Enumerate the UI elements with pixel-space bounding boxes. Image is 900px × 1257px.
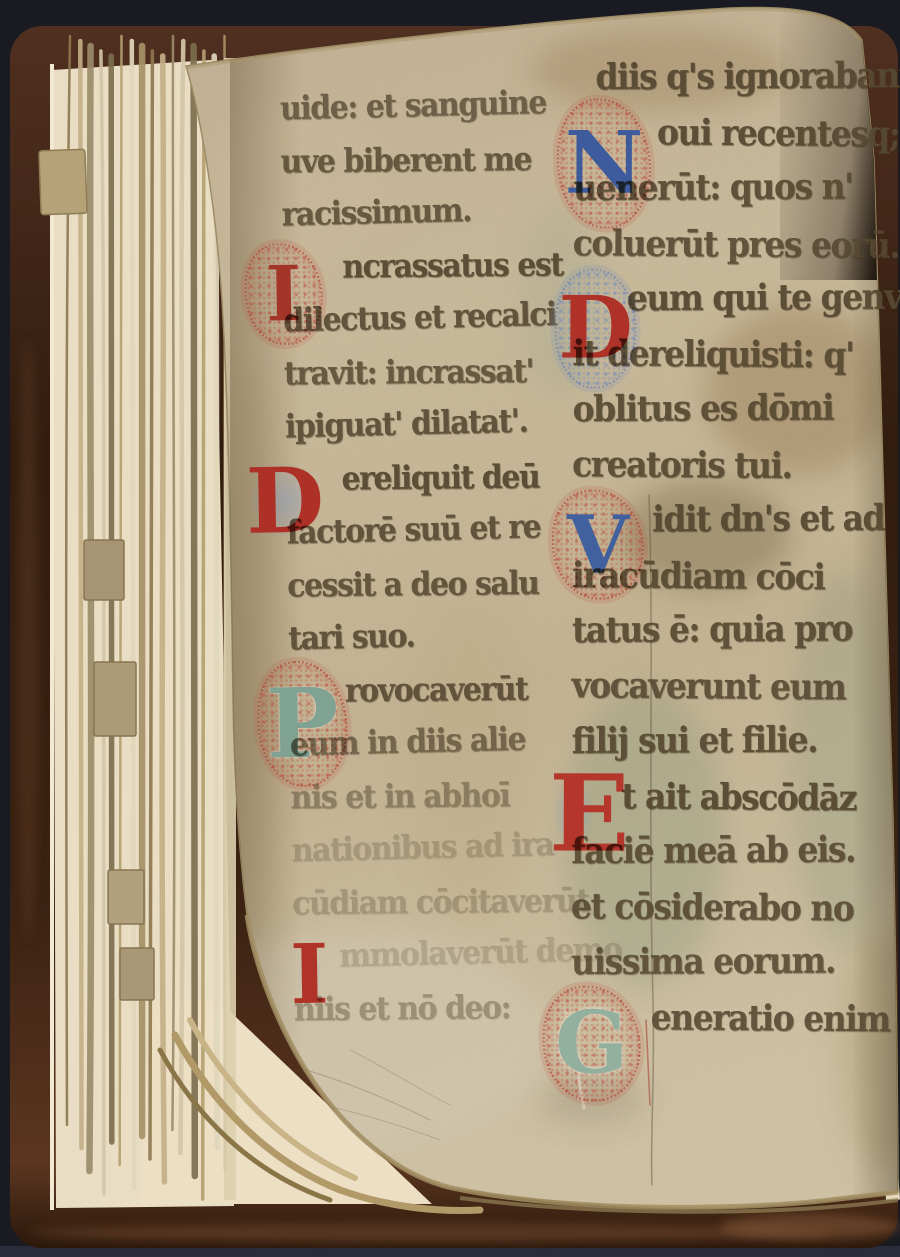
manuscript-photo: Photograph of a medieval parchment manus…	[0, 0, 900, 1257]
page-edge-strip	[89, 46, 91, 1171]
text-line: Et ait abscōdāz	[571, 774, 879, 830]
text-line: nationibus ad ira	[291, 828, 570, 885]
manuscript-text: oblitus es dōmi	[572, 386, 833, 430]
text-line: Dereliquit deū	[285, 457, 564, 514]
text-line: travit: incrassat'	[284, 351, 563, 408]
illuminated-initial: V	[552, 490, 644, 600]
page-edge-strip	[180, 41, 183, 1153]
text-line: cessit a deo salu	[287, 563, 566, 620]
manuscript-text: tatus ē: quia pro	[572, 607, 852, 651]
page-edge-strip	[162, 56, 164, 1182]
page-edge-strip	[203, 51, 204, 1199]
text-line: Vidit dn's et ad	[572, 498, 880, 554]
text-line: Provocaverūt	[289, 669, 568, 726]
manuscript-text: uve biberent me	[280, 141, 531, 181]
illuminated-initial: P	[256, 660, 348, 787]
illuminated-initial: D	[239, 451, 331, 552]
manuscript-text: ereliquit deū	[341, 458, 539, 498]
text-line: uide: et sanguine	[280, 86, 559, 143]
manuscript-text: uide: et sanguine	[280, 84, 547, 128]
page-edge-strip	[194, 46, 196, 1176]
text-line: tari suo.	[288, 616, 567, 673]
page-edge-strip	[132, 41, 134, 1188]
manuscript-text: eneratio enim p	[651, 996, 900, 1040]
text-line: Immolaverūt demo	[293, 934, 572, 991]
illuminated-initial: E	[545, 762, 633, 864]
manuscript-text: coluerūt pres eorū.	[573, 221, 900, 266]
text-column-right: diis q's ignorabant.Noui recentesq;uener…	[571, 56, 882, 1052]
illuminated-initial: I	[291, 932, 328, 1019]
text-line: uve biberent me	[280, 139, 559, 196]
text-line: nis et in abhoī	[290, 775, 569, 832]
text-line: et cōsiderabo no	[571, 885, 879, 941]
text-line: niis et nō deo:	[294, 987, 573, 1044]
manuscript-text: uissima eorum.	[571, 939, 835, 983]
manuscript-text: idit dn's et ad	[652, 497, 884, 540]
text-line: vocaverunt eum	[572, 664, 880, 720]
manuscript-text: nis et in abhoī	[290, 777, 509, 817]
text-column-left: uide: et sanguineuve biberent meracissim…	[280, 86, 573, 1044]
text-line: Generatio enim p	[571, 996, 879, 1052]
text-line: cūdiam cōcitaverūt	[292, 881, 571, 938]
illuminated-initial: G	[543, 986, 641, 1102]
manuscript-text: racissimum.	[281, 192, 471, 234]
manuscript-text: ipiguat' dilatat'.	[285, 402, 528, 446]
text-line: creatoris tui.	[572, 443, 880, 499]
text-line: coluerūt pres eorū.	[573, 221, 881, 277]
text-line: Incrassatus est	[282, 245, 561, 302]
manuscript-text: et cōsiderabo no	[571, 885, 854, 929]
text-line: oblitus es dōmi	[572, 387, 880, 443]
text-line: dilectus et recalci	[283, 298, 562, 355]
text-line: tatus ē: quia pro	[572, 609, 880, 665]
manuscript-text: tari suo.	[288, 617, 415, 658]
manuscript-text: t ait abscōdāz	[621, 775, 856, 819]
manuscript-text: cessit a deo salu	[287, 565, 539, 605]
text-line: uissima eorum.	[571, 940, 879, 996]
manuscript-text: dilectus et recalci	[283, 296, 556, 340]
text-line: racissimum.	[281, 192, 560, 249]
manuscript-text: rovocaverūt	[345, 670, 528, 710]
manuscript-text: vocaverunt eum	[571, 664, 845, 708]
manuscript-text: nationibus ad ira	[291, 826, 554, 870]
text-line: Noui recentesq;	[573, 111, 881, 167]
manuscript-text: creatoris tui.	[572, 443, 792, 487]
text-line: Deum qui te genv	[573, 277, 881, 333]
manuscript-text: eum qui te genv	[627, 275, 900, 319]
manuscript-text: cūdiam cōcitaverūt	[292, 882, 589, 923]
manuscript-text: travit: incrassat'	[284, 353, 534, 393]
manuscript-text: ncrassatus est	[342, 246, 563, 286]
manuscript-text: oui recentesq;	[657, 111, 900, 155]
manuscript-text: diis q's ignorabant.	[595, 54, 900, 98]
illuminated-initial: N	[557, 99, 651, 229]
illuminated-initial: D	[554, 269, 636, 389]
